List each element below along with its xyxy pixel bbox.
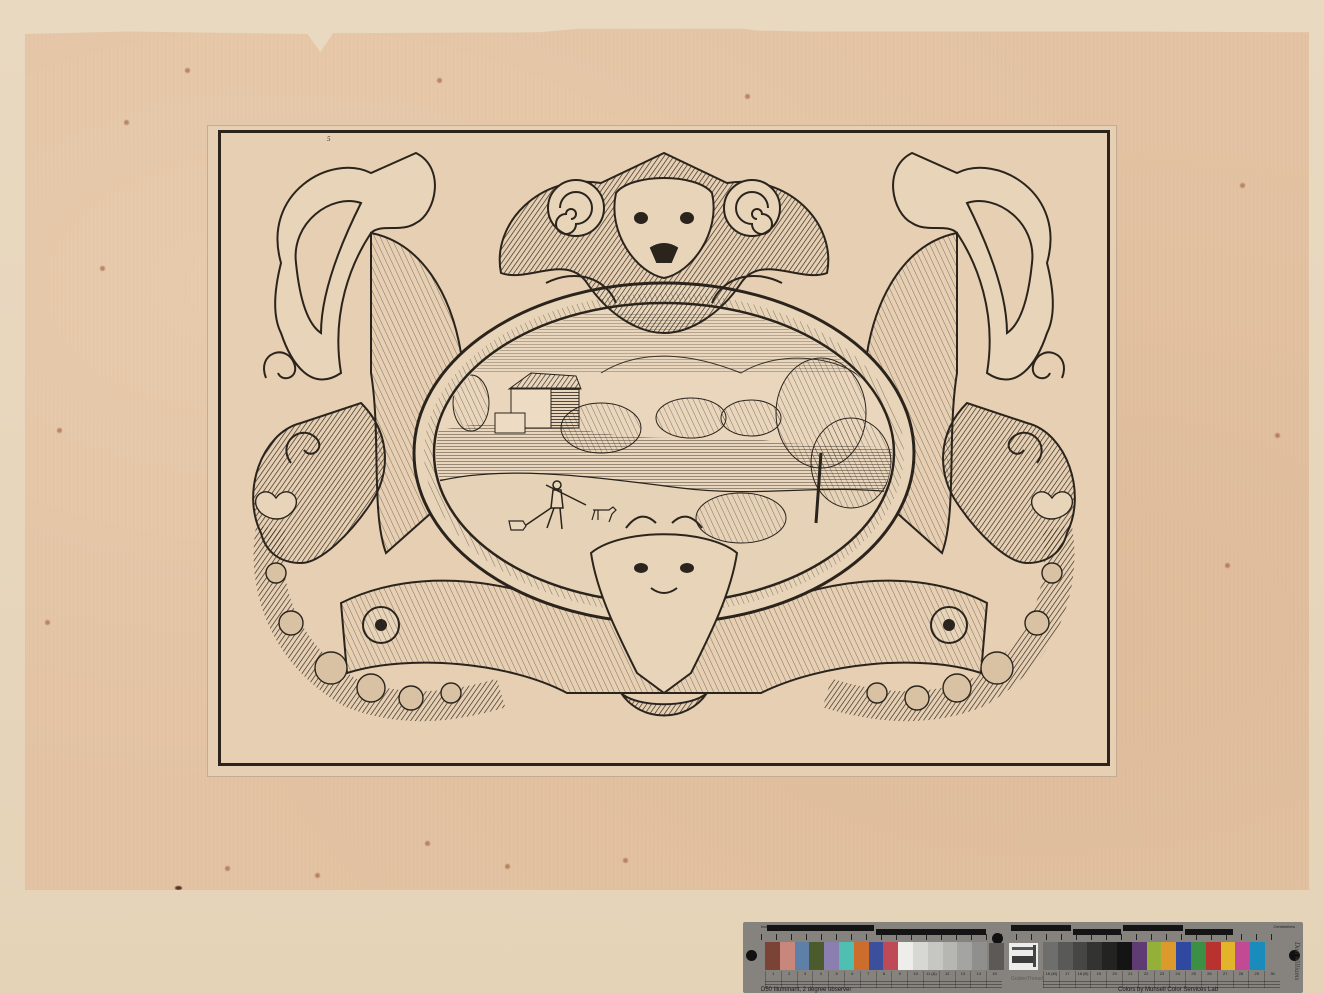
patch-number: 8 <box>876 971 892 979</box>
patch-number: 23 <box>1154 971 1170 979</box>
inch-ruler-bar <box>767 925 874 931</box>
patch-number: 22 <box>1138 971 1154 979</box>
color-patch <box>795 942 810 970</box>
cm-ruler-bar <box>1011 925 1071 931</box>
color-patch <box>883 942 898 970</box>
patch-number: 28 <box>1233 971 1249 979</box>
foxing-spot <box>225 866 230 871</box>
patch-number: 18 (B) <box>1075 971 1091 979</box>
goldenthread-logo: GoldenThread <box>1011 976 1043 982</box>
patch-number: 25 <box>1185 971 1201 979</box>
color-patch <box>780 942 795 970</box>
color-patch <box>1058 942 1073 970</box>
color-patch <box>943 942 958 970</box>
gray-strip <box>989 943 1004 970</box>
centimeters-label: Centimeters <box>1273 924 1295 929</box>
signature: Don Williams <box>1293 942 1301 980</box>
color-patch <box>1221 942 1236 970</box>
scale-vbar <box>1033 945 1036 967</box>
patch-number: 1 <box>765 971 781 979</box>
color-patch <box>1147 942 1162 970</box>
color-calibration-target: Inches Centimeters <box>743 922 1303 993</box>
patch-numbers-right: 16 (M) 17 18 (B) 19 20 21 22 23 24 25 26… <box>1043 971 1280 979</box>
color-patch <box>1191 942 1206 970</box>
foxing-spot <box>175 886 182 890</box>
patch-number: 27 <box>1217 971 1233 979</box>
illuminant-label: D50 Illuminant, 2 degree observer <box>761 987 851 993</box>
patch-number: 30 <box>1264 971 1280 979</box>
color-patch <box>824 942 839 970</box>
foxing-spot <box>100 266 105 271</box>
scale-bar <box>1012 947 1034 950</box>
foxing-spot <box>315 873 320 878</box>
color-patch <box>1132 942 1147 970</box>
patch-number: 7 <box>860 971 876 979</box>
patch-number: 19 <box>1090 971 1106 979</box>
color-patch <box>1176 942 1191 970</box>
patch-numbers-left: 1 2 3 4 5 6 7 8 9 10 11 (A) 12 13 14 15 <box>765 971 1002 979</box>
foxing-spot <box>45 620 50 625</box>
color-patch <box>1250 942 1265 970</box>
patch-number: 12 <box>939 971 955 979</box>
color-patch <box>898 942 913 970</box>
color-patch <box>972 942 987 970</box>
patch-number: 16 (M) <box>1043 971 1059 979</box>
color-patch <box>1161 942 1176 970</box>
foxing-spot <box>437 78 442 83</box>
scale-box <box>1012 956 1034 963</box>
color-patch <box>839 942 854 970</box>
foxing-spot <box>185 68 190 73</box>
patch-number: 24 <box>1169 971 1185 979</box>
foxing-spot <box>623 858 628 863</box>
ruler-ticks <box>761 934 1285 940</box>
cm-ruler-bar <box>1123 925 1183 931</box>
patch-number: 26 <box>1201 971 1217 979</box>
patch-number: 15 <box>986 971 1002 979</box>
munsell-label: Colors by Munsell Color Services Lab <box>1118 987 1218 993</box>
target-mount-hole <box>746 950 757 961</box>
patch-number: 17 <box>1059 971 1075 979</box>
patch-number: 21 <box>1122 971 1138 979</box>
patch-number: 4 <box>812 971 828 979</box>
color-patches-right <box>1043 942 1265 970</box>
color-patch <box>1235 942 1250 970</box>
patch-number: 13 <box>955 971 971 979</box>
color-patch <box>1043 942 1058 970</box>
patch-number: 3 <box>797 971 813 979</box>
color-patch <box>1087 942 1102 970</box>
color-patch <box>1073 942 1088 970</box>
patch-number: 6 <box>844 971 860 979</box>
foxing-spot <box>124 120 129 125</box>
scale-card <box>1009 943 1038 970</box>
color-patch <box>1206 942 1221 970</box>
color-patch <box>913 942 928 970</box>
patch-number: 29 <box>1248 971 1264 979</box>
patch-number: 5 <box>828 971 844 979</box>
color-patch <box>957 942 972 970</box>
color-patch <box>854 942 869 970</box>
foxing-spot <box>1275 433 1280 438</box>
patch-number: 10 <box>907 971 923 979</box>
foxing-spot <box>505 864 510 869</box>
color-patch <box>809 942 824 970</box>
patch-number: 14 <box>970 971 986 979</box>
color-patch <box>765 942 780 970</box>
color-patch <box>1117 942 1132 970</box>
patch-number: 2 <box>781 971 797 979</box>
patch-number: 20 <box>1106 971 1122 979</box>
foxing-spot <box>1240 183 1245 188</box>
color-patches-left <box>765 942 987 970</box>
color-patch <box>869 942 884 970</box>
foxing-spot <box>425 841 430 846</box>
engraving-artwork <box>221 133 1107 763</box>
color-patch <box>1102 942 1117 970</box>
foxing-spot <box>1225 563 1230 568</box>
patch-number: 11 (A) <box>923 971 939 979</box>
foxing-spot <box>745 94 750 99</box>
patch-number: 9 <box>891 971 907 979</box>
color-patch <box>928 942 943 970</box>
foxing-spot <box>57 428 62 433</box>
